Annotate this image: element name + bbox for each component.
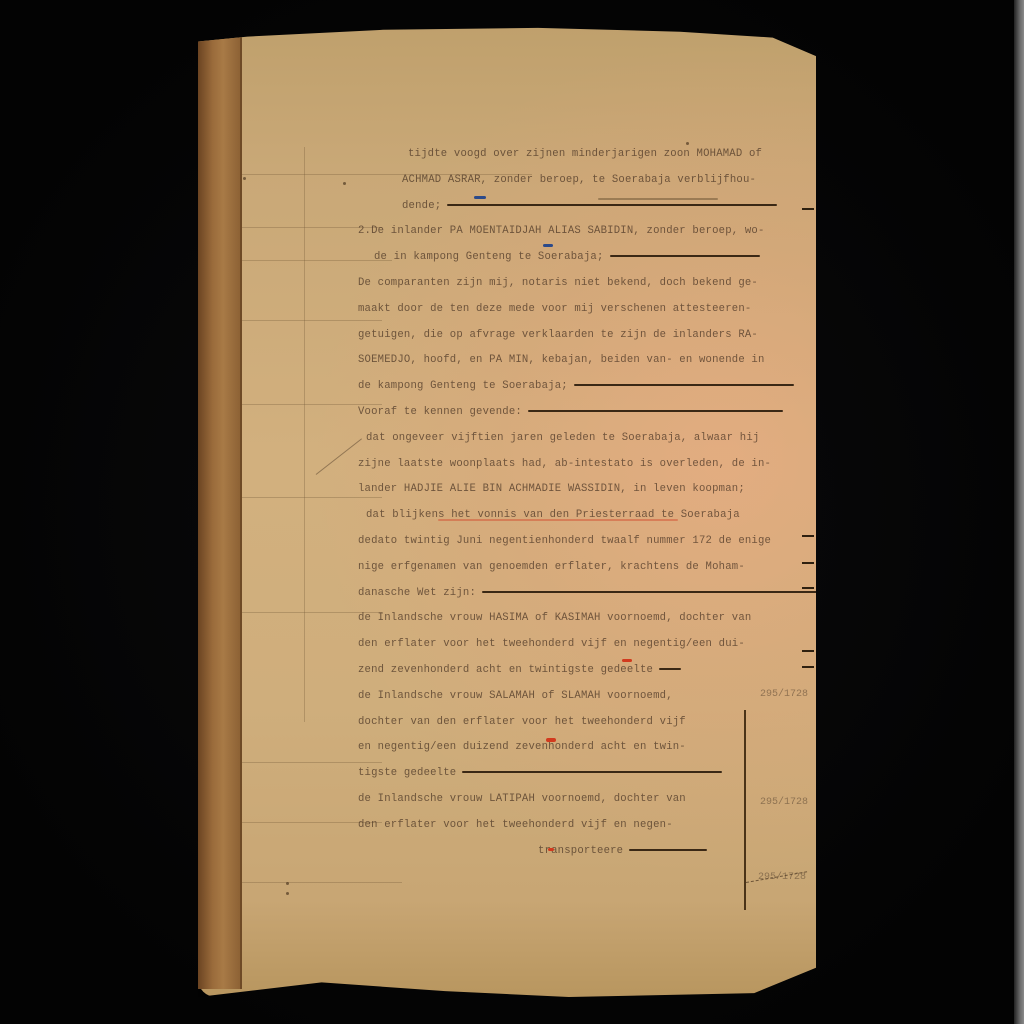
text-line: nige erfgenamen van genoemden erflater, … — [358, 555, 818, 581]
paper-speck — [243, 177, 246, 180]
line-text: lander HADJIE ALIE BIN ACHMADIE WASSIDIN… — [358, 483, 745, 495]
text-line: de Inlandsche vrouw HASIMA of KASIMAH vo… — [358, 606, 818, 632]
line-text: tigste gedeelte — [358, 767, 456, 779]
adjacent-page-edge — [1014, 0, 1024, 1024]
text-line: ACHMAD ASRAR, zonder beroep, te Soerabaj… — [358, 168, 818, 194]
fill-line — [447, 204, 777, 206]
paper-speck — [286, 892, 289, 895]
line-text: den erflater voor het tweehonderd vijf e… — [358, 638, 745, 650]
line-text: 2.De inlander PA MOENTAIDJAH ALIAS SABID… — [358, 225, 765, 237]
text-line: de Inlandsche vrouw SALAMAH of SLAMAH vo… — [358, 684, 818, 710]
text-line: dende; — [358, 194, 818, 220]
text-line: SOEMEDJO, hoofd, en PA MIN, kebajan, bei… — [358, 348, 818, 374]
paper-speck — [343, 182, 346, 185]
line-text: de Inlandsche vrouw SALAMAH of SLAMAH vo… — [358, 690, 673, 702]
red-pencil-mark — [548, 848, 554, 851]
margin-rule — [304, 147, 305, 722]
blue-pencil-mark — [474, 196, 486, 199]
edge-tick — [802, 535, 814, 537]
text-line: de Inlandsche vrouw LATIPAH voornoemd, d… — [358, 787, 818, 813]
margin-fraction: 295/1728 — [760, 689, 808, 700]
ruled-line — [242, 882, 402, 883]
line-text: dochter van den erflater voor het tweeho… — [358, 716, 686, 728]
margin-fraction: 295/1728 — [758, 872, 806, 883]
text-line: 2.De inlander PA MOENTAIDJAH ALIAS SABID… — [358, 219, 818, 245]
text-line: transporteere — [358, 839, 818, 865]
edge-tick — [802, 587, 814, 589]
line-text: getuigen, die op afvrage verklaarden te … — [358, 329, 758, 341]
line-text: de in kampong Genteng te Soerabaja; — [374, 251, 604, 263]
text-line: Vooraf te kennen gevende: — [358, 400, 818, 426]
fill-line — [574, 384, 794, 386]
fill-line — [462, 771, 722, 773]
text-line: en negentig/een duizend zevenhonderd ach… — [358, 735, 818, 761]
text-line: dochter van den erflater voor het tweeho… — [358, 710, 818, 736]
red-pencil-mark — [546, 738, 556, 742]
text-line: zend zevenhonderd acht en twintigste ged… — [358, 658, 818, 684]
red-underline-mark — [438, 519, 678, 521]
line-text: Vooraf te kennen gevende: — [358, 406, 522, 418]
text-line: dat ongeveer vijftien jaren geleden te S… — [358, 426, 818, 452]
edge-tick — [802, 208, 814, 210]
text-line: den erflater voor het tweehonderd vijf e… — [358, 813, 818, 839]
line-text: zend zevenhonderd acht en twintigste ged… — [358, 664, 653, 676]
text-line: zijne laatste woonplaats had, ab-intesta… — [358, 452, 818, 478]
line-text: nige erfgenamen van genoemden erflater, … — [358, 561, 745, 573]
line-text: SOEMEDJO, hoofd, en PA MIN, kebajan, bei… — [358, 354, 765, 366]
text-line: dedato twintig Juni negentienhonderd twa… — [358, 529, 818, 555]
line-text: danasche Wet zijn: — [358, 587, 476, 599]
fill-line — [528, 410, 783, 412]
line-text: den erflater voor het tweehonderd vijf e… — [358, 819, 673, 831]
text-line: lander HADJIE ALIE BIN ACHMADIE WASSIDIN… — [358, 477, 818, 503]
line-text: ACHMAD ASRAR, zonder beroep, te Soerabaj… — [402, 174, 756, 186]
pencil-stroke — [316, 438, 362, 474]
blue-pencil-mark — [543, 244, 553, 247]
line-text: zijne laatste woonplaats had, ab-intesta… — [358, 458, 771, 470]
edge-tick — [802, 666, 814, 668]
line-text: dedato twintig Juni negentienhonderd twa… — [358, 535, 771, 547]
text-line: danasche Wet zijn: — [358, 581, 818, 607]
text-line: De comparanten zijn mij, notaris niet be… — [358, 271, 818, 297]
text-line: de kampong Genteng te Soerabaja; — [358, 374, 818, 400]
photo-stage: tijdte voogd over zijnen minderjarigen z… — [0, 0, 1024, 1024]
margin-fraction: 295/1728 — [760, 797, 808, 808]
fill-line — [659, 668, 681, 670]
text-line: den erflater voor het tweehonderd vijf e… — [358, 632, 818, 658]
line-text: de kampong Genteng te Soerabaja; — [358, 380, 568, 392]
line-text: de Inlandsche vrouw LATIPAH voornoemd, d… — [358, 793, 686, 805]
line-text: tijdte voogd over zijnen minderjarigen z… — [408, 148, 762, 160]
line-text: maakt door de ten deze mede voor mij ver… — [358, 303, 751, 315]
line-text: dat ongeveer vijftien jaren geleden te S… — [366, 432, 759, 444]
text-line: de in kampong Genteng te Soerabaja; — [358, 245, 818, 271]
line-text: en negentig/een duizend zevenhonderd ach… — [358, 741, 686, 753]
share-bracket — [744, 710, 746, 910]
edge-tick — [802, 650, 814, 652]
line-text: de Inlandsche vrouw HASIMA of KASIMAH vo… — [358, 612, 751, 624]
line-text: De comparanten zijn mij, notaris niet be… — [358, 277, 758, 289]
text-line: tijdte voogd over zijnen minderjarigen z… — [358, 142, 818, 168]
typed-text-block: tijdte voogd over zijnen minderjarigen z… — [358, 142, 818, 864]
text-line: maakt door de ten deze mede voor mij ver… — [358, 297, 818, 323]
fill-line — [610, 255, 760, 257]
line-text: dende; — [402, 200, 441, 212]
red-pencil-mark — [622, 659, 632, 662]
edge-tick — [802, 562, 814, 564]
page-binding — [198, 36, 242, 989]
text-line: getuigen, die op afvrage verklaarden te … — [358, 323, 818, 349]
text-line: tigste gedeelte — [358, 761, 818, 787]
document-page: tijdte voogd over zijnen minderjarigen z… — [198, 22, 816, 997]
fill-line — [629, 849, 707, 851]
text-line: dat blijkens het vonnis van den Priester… — [358, 503, 818, 529]
underline-mark — [598, 198, 718, 200]
fill-line — [482, 591, 822, 593]
paper-speck — [286, 882, 289, 885]
